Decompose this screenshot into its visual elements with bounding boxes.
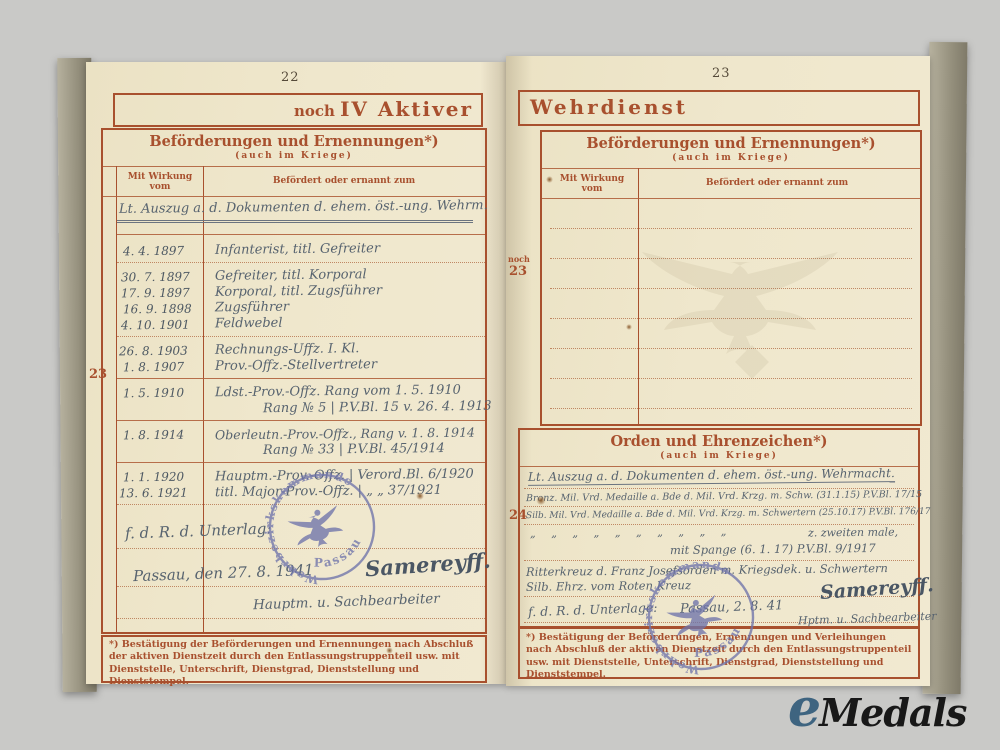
entry-date: 1. 5. 1910 xyxy=(123,386,184,401)
left-col-header-date: Mit Wirkung vom xyxy=(118,172,202,193)
entry-date: 4. 10. 1901 xyxy=(121,318,190,333)
right-page: 23 Wehrdienst noch 23 24 Beförderungen u… xyxy=(506,56,930,686)
foxing-spot xyxy=(416,492,424,500)
entry-date: 16. 9. 1898 xyxy=(123,302,192,317)
orden-entry-3-suffix: z. zweiten male, xyxy=(808,526,898,540)
entry-text: Ldst.-Prov.-Offz. Rang vom 1. 5. 1910 xyxy=(215,383,461,401)
left-table-body: Lt. Auszug a. d. Dokumenten d. ehem. öst… xyxy=(103,196,485,632)
entry-text: Prov.-Offz.-Stellvertreter xyxy=(215,357,377,374)
entry-date: 17. 9. 1897 xyxy=(121,286,190,301)
left-sep-dot xyxy=(117,262,485,263)
entry-text: Zugsführer xyxy=(215,300,289,316)
entry-text: Infanterist, titl. Gefreiter xyxy=(215,241,380,258)
foxing-spot xyxy=(626,324,632,330)
left-sep-1 xyxy=(117,234,485,235)
left-section-header-title: IV Aktiver xyxy=(340,97,473,121)
emedals-watermark: eMedals xyxy=(788,678,966,739)
entry-date: 1. 1. 1920 xyxy=(123,470,184,485)
foxing-spot xyxy=(386,647,393,654)
emedals-text: Medals xyxy=(819,690,966,735)
right-margin-tab-noch: noch xyxy=(508,254,530,264)
stamp-eagle-icon xyxy=(666,593,727,645)
entry-date: 26. 8. 1903 xyxy=(119,344,188,359)
orden-entry-3-dittos: „ „ „ „ „ „ „ „ „ „ xyxy=(530,525,727,540)
right-col-header-desc: Befördert oder ernannt zum xyxy=(640,178,914,188)
left-table-subtitle: (auch im Kriege) xyxy=(103,151,485,161)
entry-text: Rechnungs-Uffz. I. Kl. xyxy=(215,341,359,358)
official-stamp: Wehrbezirkskommando Passau xyxy=(640,556,762,678)
left-section-header-box: noch IV Aktiver xyxy=(113,93,483,127)
stamp-eagle-icon xyxy=(287,503,348,553)
left-sep-4 xyxy=(117,462,485,463)
entry-text2: Rang № 33 | P.V.Bl. 45/1914 xyxy=(263,441,445,458)
left-signature-role: Hauptm. u. Sachbearbeiter xyxy=(253,591,440,614)
left-promotions-table: Beförderungen und Ernennungen*) (auch im… xyxy=(101,128,487,634)
left-table-title-rule xyxy=(103,166,485,167)
orden-signature: Samereyff. xyxy=(819,574,934,604)
right-margin-tab-23: 23 xyxy=(509,264,527,279)
right-promotions-table: Beförderungen und Ernennungen*) (auch im… xyxy=(540,130,922,426)
left-note-underline xyxy=(117,204,473,223)
orden-entry-4: mit Spange (6. 1. 17) P.V.Bl. 9/1917 xyxy=(670,541,876,557)
left-sep-dot xyxy=(117,618,485,619)
entry-date: 13. 6. 1921 xyxy=(119,486,188,501)
entry-text: Feldwebel xyxy=(215,316,283,332)
right-col-header-date: Mit Wirkung vom xyxy=(550,174,634,195)
entry-text: Gefreiter, titl. Korporal xyxy=(215,267,367,284)
orden-title: Orden und Ehrenzeichen*) xyxy=(520,433,918,450)
right-table-title: Beförderungen und Ernennungen*) xyxy=(542,135,920,152)
right-section-header-title: Wehrdienst xyxy=(530,95,688,119)
entry-text2: Rang № 5 | P.V.Bl. 15 v. 26. 4. 1913 xyxy=(263,399,492,416)
right-table-subtitle: (auch im Kriege) xyxy=(542,153,920,163)
left-col-header-desc: Befördert oder ernannt zum xyxy=(205,176,483,186)
left-sep-dot xyxy=(117,336,485,337)
entry-date: 1. 8. 1907 xyxy=(123,360,184,375)
left-section-header-noch: noch xyxy=(294,102,335,120)
right-section-header-box: Wehrdienst xyxy=(518,90,920,126)
orden-entry-2: Silb. Mil. Vrd. Medaille a. Bde d. Mil. … xyxy=(526,507,931,521)
emedals-e: e xyxy=(788,678,819,739)
foxing-spot xyxy=(546,176,553,183)
left-sep-3 xyxy=(117,420,485,421)
left-page-number: 22 xyxy=(281,70,300,85)
orden-signature-role: Hptm. u. Sachbearbeiter xyxy=(798,610,937,628)
left-signature: Samereyff. xyxy=(364,548,491,582)
orden-subtitle: (auch im Kriege) xyxy=(520,451,918,461)
foxing-spot xyxy=(536,496,546,505)
orden-certification: f. d. R. d. Unterlage: xyxy=(528,600,658,620)
right-table-title-rule xyxy=(542,168,920,169)
right-page-number: 23 xyxy=(712,66,731,81)
entry-date: 30. 7. 1897 xyxy=(121,270,190,285)
orden-entry-1: Bronz. Mil. Vrd. Medaille a. Bde d. Mil.… xyxy=(526,489,922,504)
right-col-header-rule xyxy=(542,198,920,199)
orden-note-line: Lt. Auszug a. d. Dokumenten d. ehem. öst… xyxy=(528,466,895,486)
entry-date: 4. 4. 1897 xyxy=(123,244,184,259)
left-footnote: *) Bestätigung der Beförderungen und Ern… xyxy=(109,639,479,688)
entry-text: Oberleutn.-Prov.-Offz., Rang v. 1. 8. 19… xyxy=(215,425,475,443)
left-page: 22 noch IV Aktiver 23 Beförderungen und … xyxy=(86,62,506,684)
left-table-title: Beförderungen und Ernennungen*) xyxy=(103,133,485,150)
left-certification: f. d. R. d. Unterlag: xyxy=(125,519,272,542)
entry-date: 1. 8. 1914 xyxy=(123,428,184,443)
left-sep-2 xyxy=(117,378,485,379)
official-stamp: Wehrbezirkskommando Passau xyxy=(261,466,383,588)
entry-text: Korporal, titl. Zugsführer xyxy=(215,283,382,300)
photo-of-wehrpass-spread: 22 noch IV Aktiver 23 Beförderungen und … xyxy=(0,0,1000,750)
bleedthrough-eagle-watermark xyxy=(632,222,872,412)
left-footnote-box: *) Bestätigung der Beförderungen und Ern… xyxy=(101,635,487,683)
